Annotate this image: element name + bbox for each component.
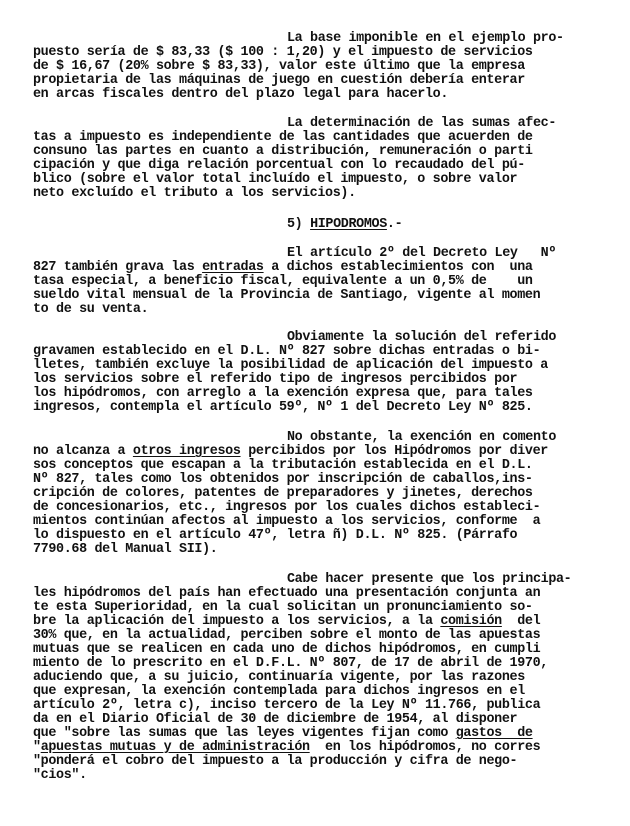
text-line: da en el Diario Oficial de 30 de diciemb…: [33, 713, 517, 727]
text-line: miento de lo prescrito en el D.F.L. Nº 8…: [33, 657, 548, 671]
text-line: mutuas que se realicen en cada uno de di…: [33, 643, 540, 657]
text-line: tasa especial, a beneficio fiscal, equiv…: [33, 275, 533, 289]
text-line: sueldo vital mensual de la Provincia de …: [33, 289, 540, 303]
text-line: "cios".: [33, 769, 87, 783]
line-text: de $ 16,67 (20% sobre $ 83,33), valor es…: [33, 59, 525, 74]
document-page: La base imponible en el ejemplo pro-pues…: [0, 0, 630, 826]
text-line: 7790.68 del Manual SII).: [33, 543, 217, 557]
line-text: lletes, también excluye la posibilidad d…: [33, 358, 548, 373]
underlined-text: comisión: [440, 614, 502, 629]
line-text: percibidos por los Hipódromos por diver: [241, 444, 548, 459]
text-line: mientos continúan afectos al impuesto a …: [33, 515, 540, 529]
line-text: consuno las partes en cuanto a distribuc…: [33, 144, 533, 159]
line-text: les hipódromos del país han efectuado un…: [33, 586, 540, 601]
line-text: propietaria de las máquinas de juego en …: [33, 73, 525, 88]
text-line: No obstante, la exención en comento: [287, 431, 556, 445]
line-text: te esta Superioridad, en la cual solicit…: [33, 600, 533, 615]
text-line: to de su venta.: [33, 303, 148, 317]
line-text: cipación y que diga relación porcentual …: [33, 158, 525, 173]
line-text: los hipódromos, con arreglo a la exenció…: [33, 386, 533, 401]
text-line: los hipódromos, con arreglo a la exenció…: [33, 387, 533, 401]
line-text: en los hipódromos, no corres: [310, 740, 541, 755]
text-line: Obviamente la solución del referido: [287, 331, 556, 345]
text-line: Cabe hacer presente que los principa-: [287, 573, 571, 587]
text-line: cipación y que diga relación porcentual …: [33, 159, 525, 173]
section-heading: 5) HIPODROMOS.-: [287, 218, 402, 232]
line-text: La determinación de las sumas afec-: [287, 116, 556, 131]
line-text: sueldo vital mensual de la Provincia de …: [33, 288, 540, 303]
text-line: 827 también grava las entradas a dichos …: [33, 261, 533, 275]
text-line: neto excluído el tributo a los servicios…: [33, 187, 356, 201]
text-line: blico (sobre el valor total incluído el …: [33, 173, 517, 187]
text-line: aduciendo que, a su juicio, continuaría …: [33, 671, 525, 685]
line-text: miento de lo prescrito en el D.F.L. Nº 8…: [33, 656, 548, 671]
text-line: te esta Superioridad, en la cual solicit…: [33, 601, 533, 615]
text-line: que expresan, la exención contemplada pa…: [33, 685, 525, 699]
text-line: propietaria de las máquinas de juego en …: [33, 74, 525, 88]
underlined-text: apuestas mutuas y de administración: [41, 740, 310, 755]
line-text: "cios".: [33, 768, 87, 783]
line-text: 30% que, en la actualidad, perciben sobr…: [33, 628, 540, 643]
text-line: "ponderá el cobro del impuesto a la prod…: [33, 755, 517, 769]
text-line: no alcanza a otros ingresos percibidos p…: [33, 445, 548, 459]
underlined-text: otros ingresos: [133, 444, 241, 459]
text-line: artículo 2º, letra c), inciso tercero de…: [33, 699, 540, 713]
text-line: de $ 16,67 (20% sobre $ 83,33), valor es…: [33, 60, 525, 74]
line-text: del: [502, 614, 540, 629]
section-number: 5): [287, 217, 310, 232]
line-text: a dichos establecimientos con una: [264, 260, 533, 275]
line-text: artículo 2º, letra c), inciso tercero de…: [33, 698, 540, 713]
line-text: bre la aplicación del impuesto a los ser…: [33, 614, 440, 629]
line-text: "ponderá el cobro del impuesto a la prod…: [33, 754, 517, 769]
text-line: "apuestas mutuas y de administración en …: [33, 741, 540, 755]
text-line: en arcas fiscales dentro del plazo legal…: [33, 88, 448, 102]
line-text: de concesionarios, etc., ingresos por lo…: [33, 500, 540, 515]
line-text: gravamen establecido en el D.L. Nº 827 s…: [33, 344, 540, 359]
line-text: tas a impuesto es independiente de las c…: [33, 130, 533, 145]
line-text: puesto sería de $ 83,33 ($ 100 : 1,20) y…: [33, 45, 533, 60]
text-line: La base imponible en el ejemplo pro-: [287, 32, 564, 46]
text-line: gravamen establecido en el D.L. Nº 827 s…: [33, 345, 540, 359]
text-line: Nº 827, tales como los obtenidos por ins…: [33, 473, 533, 487]
line-text: sos conceptos que escapan a la tributaci…: [33, 458, 533, 473]
text-line: puesto sería de $ 83,33 ($ 100 : 1,20) y…: [33, 46, 533, 60]
text-line: consuno las partes en cuanto a distribuc…: [33, 145, 533, 159]
line-text: aduciendo que, a su juicio, continuaría …: [33, 670, 525, 685]
text-line: de concesionarios, etc., ingresos por lo…: [33, 501, 540, 515]
underlined-text: gastos de: [456, 726, 533, 741]
underlined-text: entradas: [202, 260, 264, 275]
line-text: lo dispuesto en el artículo 47º, letra ñ…: [33, 528, 517, 543]
line-text: mutuas que se realicen en cada uno de di…: [33, 642, 540, 657]
text-line: lo dispuesto en el artículo 47º, letra ñ…: [33, 529, 517, 543]
line-text: no alcanza a: [33, 444, 133, 459]
text-line: 30% que, en la actualidad, perciben sobr…: [33, 629, 540, 643]
section-title: HIPODROMOS: [310, 217, 387, 232]
line-text: mientos continúan afectos al impuesto a …: [33, 514, 540, 529]
line-text: en arcas fiscales dentro del plazo legal…: [33, 87, 448, 102]
line-text: blico (sobre el valor total incluído el …: [33, 172, 517, 187]
text-line: ingresos, contempla el artículo 59º, Nº …: [33, 401, 533, 415]
line-text: to de su venta.: [33, 302, 148, 317]
line-text: Nº 827, tales como los obtenidos por ins…: [33, 472, 533, 487]
text-line: les hipódromos del país han efectuado un…: [33, 587, 540, 601]
text-line: La determinación de las sumas afec-: [287, 117, 556, 131]
text-line: El artículo 2º del Decreto Ley Nº: [287, 247, 556, 261]
line-text: tasa especial, a beneficio fiscal, equiv…: [33, 274, 533, 289]
line-text: ingresos, contempla el artículo 59º, Nº …: [33, 400, 533, 415]
line-text: que "sobre las sumas que las leyes vigen…: [33, 726, 456, 741]
line-text: ": [33, 740, 41, 755]
text-line: lletes, también excluye la posibilidad d…: [33, 359, 548, 373]
text-line: tas a impuesto es independiente de las c…: [33, 131, 533, 145]
text-line: los servicios sobre el referido tipo de …: [33, 373, 517, 387]
line-text: da en el Diario Oficial de 30 de diciemb…: [33, 712, 517, 727]
line-text: Cabe hacer presente que los principa-: [287, 572, 571, 587]
line-text: que expresan, la exención contemplada pa…: [33, 684, 525, 699]
line-text: cripción de colores, patentes de prepara…: [33, 486, 533, 501]
line-text: neto excluído el tributo a los servicios…: [33, 186, 356, 201]
text-line: cripción de colores, patentes de prepara…: [33, 487, 533, 501]
text-line: bre la aplicación del impuesto a los ser…: [33, 615, 540, 629]
line-text: 827 también grava las: [33, 260, 202, 275]
line-text: El artículo 2º del Decreto Ley Nº: [287, 246, 556, 261]
line-text: Obviamente la solución del referido: [287, 330, 556, 345]
line-text: los servicios sobre el referido tipo de …: [33, 372, 517, 387]
text-line: que "sobre las sumas que las leyes vigen…: [33, 727, 533, 741]
section-suffix: .-: [387, 217, 402, 232]
line-text: 7790.68 del Manual SII).: [33, 542, 217, 557]
line-text: La base imponible en el ejemplo pro-: [287, 31, 564, 46]
text-line: sos conceptos que escapan a la tributaci…: [33, 459, 533, 473]
line-text: No obstante, la exención en comento: [287, 430, 556, 445]
